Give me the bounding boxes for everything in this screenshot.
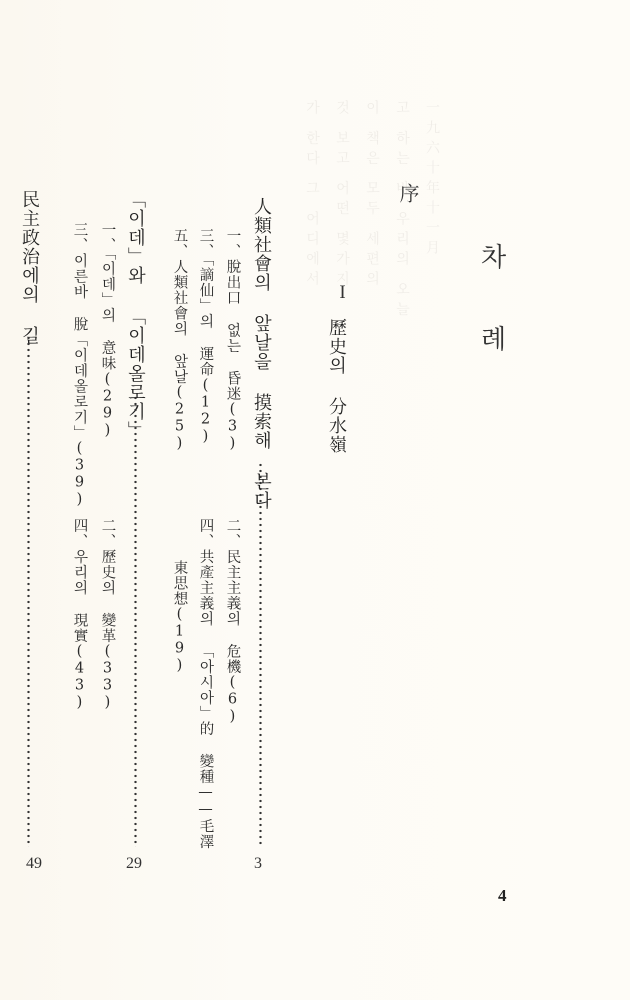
chapter-3-page: 49 <box>26 855 42 873</box>
toc-item[interactable]: 一、「이데」의 意味(29) <box>100 222 115 439</box>
leader-dots <box>27 335 30 847</box>
preface-entry[interactable]: 序 <box>398 183 418 203</box>
book-page: 一九六十年十一月 고 하는 바 우리의 오늘 이 책은 모두 세편의 것 보고 … <box>0 0 630 1000</box>
bleed-through-text: 가 한다 그 어디에서 <box>308 100 322 800</box>
toc-item[interactable]: 二、歷史의 變革(33) <box>100 518 115 712</box>
chapter-1-page: 3 <box>254 855 262 873</box>
toc-item[interactable]: 四、우리의 現實(43) <box>72 518 87 712</box>
page-title-char-2: 례 <box>478 325 504 351</box>
toc-item[interactable]: 三、「謫仙」의 運命(12) <box>198 228 213 445</box>
chapter-3-title[interactable]: 民主政治에의 길 <box>20 190 38 345</box>
toc-item[interactable]: 四、共產主義의 「아시아」的 變種——毛澤 <box>198 518 213 850</box>
chapter-2-page: 29 <box>126 855 142 873</box>
leader-dots <box>259 462 262 847</box>
bleed-through-text: 고 하는 바 우리의 오늘 <box>398 100 412 800</box>
page-folio: 4 <box>498 886 507 906</box>
toc-item[interactable]: 一、脫出口 없는 昏迷(3) <box>225 228 240 453</box>
bleed-through-text: 一九六十年十一月 <box>428 100 442 740</box>
part-title: 歷史의 分水嶺 <box>327 318 345 454</box>
toc-item[interactable]: 二、民主主義의 危機(6) <box>225 518 240 726</box>
toc-item[interactable]: 五、人類社會의 앞날(25) <box>172 228 187 453</box>
toc-item[interactable]: 三、이른바 脫「이데올로기」(39) <box>72 222 87 509</box>
bleed-through-text: 이 책은 모두 세편의 <box>368 100 382 800</box>
leader-dots <box>134 395 137 847</box>
page-title-char-1: 차 <box>478 243 504 269</box>
toc-item[interactable]: 東思想(19) <box>172 560 187 675</box>
part-number: I <box>333 282 352 303</box>
